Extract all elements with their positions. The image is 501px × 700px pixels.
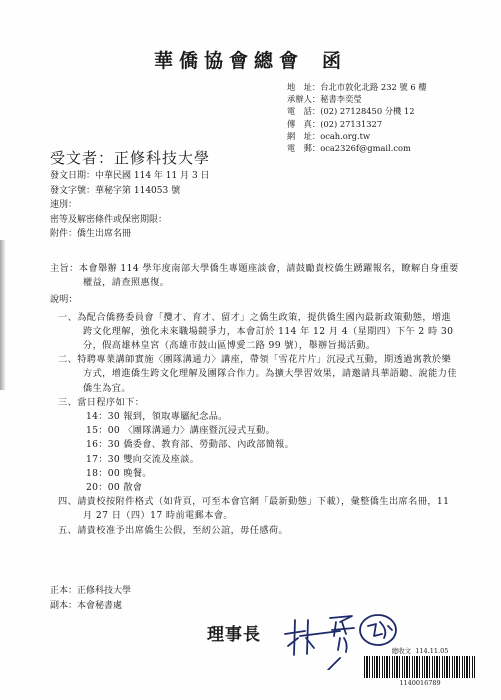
contact-label: 地 址：	[287, 82, 320, 92]
schedule-event: 〈團隊溝通力〉講座暨沉浸式互動。	[123, 425, 275, 436]
item-text: 當日程序如下：	[77, 397, 144, 408]
contact-address: 地 址：台北市敦化北路 232 號 6 樓	[287, 81, 427, 93]
contact-value: ocah.org.tw	[320, 131, 370, 141]
contact-value: oca2326f@gmail.com	[320, 143, 411, 153]
schedule-row: 15：00 〈團隊溝通力〉講座暨沉浸式互動。	[50, 424, 460, 438]
schedule-event: 報到，領取專屬紀念品。	[123, 411, 227, 422]
schedule-time: 15：00	[86, 425, 120, 436]
contact-label: 傳 真：	[287, 119, 320, 129]
schedule-time: 20：00	[86, 482, 120, 493]
contact-label: 電 郵：	[287, 143, 320, 153]
distribution-value: 本會秘書處	[77, 601, 122, 611]
meta-label: 速別：	[50, 200, 77, 210]
subject-label: 主旨：	[50, 263, 79, 274]
meta-label: 發文字號：	[50, 186, 95, 196]
item-number: 一、	[58, 312, 77, 323]
distribution-list: 正本：正修科技大學 副本：本會秘書處	[50, 584, 131, 613]
schedule-row: 17：30 雙向交流及座談。	[50, 453, 460, 467]
schedule-event: 晚餐。	[123, 468, 151, 479]
document-meta: 發文日期：中華民國 114 年 11 月 3 日 發文字號：華秘字第 11405…	[50, 169, 210, 242]
schedule-event: 雙向交流及座談。	[123, 454, 199, 465]
distribution-label: 副本：	[50, 601, 77, 611]
contact-block: 地 址：台北市敦化北路 232 號 6 樓 承辦人：秘書李奕瑩 電 話：(02)…	[287, 81, 427, 154]
subject-paragraph: 主旨：本會舉辦 114 學年度南部大學僑生專題座談會，請鼓勵貴校僑生踴躍報名，瞭…	[50, 262, 460, 290]
meta-value: 中華民國 114 年 11 月 3 日	[95, 171, 210, 181]
contact-value: 台北市敦化北路 232 號 6 樓	[320, 82, 426, 92]
explanation-item-2: 二、特聘專業講師實施〈團隊溝通力〉講座，帶領「雪花片片」沉浸式互動，期透過寓教於…	[50, 353, 460, 396]
signatory-title: 理事長	[207, 620, 261, 645]
recipient-label: 受文者：	[50, 149, 114, 167]
distribution-label: 正本：	[50, 586, 77, 596]
scan-edge-shadow	[0, 240, 6, 390]
item-text: 請貴校按附件格式（如背頁，可至本會官網「最新動態」下載），彙整僑生出席名冊，11…	[77, 496, 449, 521]
schedule-event: 散會	[123, 482, 142, 493]
contact-phone: 電 話：(02) 27128450 分機 12	[287, 105, 427, 117]
schedule-event: 僑委會、教育部、勞動部、內政部簡報。	[123, 439, 294, 450]
meta-classification: 密等及解密條件或保密期限：	[50, 213, 210, 228]
item-number: 三、	[58, 397, 77, 408]
receipt-date: 114.11.05	[415, 647, 448, 655]
organization-name: 華僑協會總會	[154, 50, 304, 72]
explanation-label: 說明：	[50, 293, 460, 307]
contact-fax: 傳 真：(02) 27131327	[287, 118, 427, 130]
meta-label: 附件：	[50, 229, 77, 239]
contact-value: (02) 27128450 分機 12	[320, 106, 414, 116]
schedule-time: 17：30	[86, 454, 120, 465]
receipt-stamp: 總收文 114.11.05 1140016789	[364, 646, 476, 687]
contact-label: 網 址：	[287, 131, 320, 141]
schedule-row: 16：30 僑委會、教育部、勞動部、內政部簡報。	[50, 438, 460, 452]
item-number: 五、	[58, 525, 77, 536]
distribution-value: 正修科技大學	[77, 586, 131, 596]
official-letter-page: 華僑協會總會函 地 址：台北市敦化北路 232 號 6 樓 承辦人：秘書李奕瑩 …	[0, 0, 501, 700]
schedule-row: 14：30 報到，領取專屬紀念品。	[50, 410, 460, 424]
schedule-time: 18：00	[86, 468, 120, 479]
item-number: 二、	[58, 354, 77, 365]
contact-website: 網 址：ocah.org.tw	[287, 130, 427, 142]
subject-text: 本會舉辦 114 學年度南部大學僑生專題座談會，請鼓勵貴校僑生踴躍報名，瞭解自身…	[79, 263, 459, 288]
distribution-original: 正本：正修科技大學	[50, 584, 131, 599]
meta-value: 華秘字第 114053 號	[95, 186, 180, 196]
receipt-stamp-header: 總收文 114.11.05	[364, 646, 476, 655]
item-text: 請貴校准予出席僑生公假，至紉公誼，毋任感荷。	[77, 525, 288, 536]
meta-attachment: 附件：僑生出席名冊	[50, 227, 210, 242]
recipient-value: 正修科技大學	[114, 149, 210, 167]
item-text: 為配合僑務委員會「攬才、育才、留才」之僑生政策，提供僑生國內最新政策動態，增進跨…	[77, 312, 453, 351]
contact-label: 承辦人：	[287, 94, 320, 104]
schedule-row: 18：00 晚餐。	[50, 467, 460, 481]
document-kind: 函	[322, 50, 347, 72]
contact-value: 秘書李奕瑩	[320, 94, 362, 104]
meta-doc-number: 發文字號：華秘字第 114053 號	[50, 184, 210, 199]
item-number: 四、	[58, 496, 77, 507]
contact-handler: 承辦人：秘書李奕瑩	[287, 93, 427, 105]
recipient: 受文者：正修科技大學	[50, 147, 210, 168]
letter-title: 華僑協會總會函	[0, 46, 501, 73]
receipt-label: 總收文	[392, 647, 412, 655]
meta-issue-date: 發文日期：中華民國 114 年 11 月 3 日	[50, 169, 210, 184]
schedule-time: 16：30	[86, 439, 120, 450]
meta-label: 密等及解密條件或保密期限：	[50, 215, 167, 225]
barcode-number: 1140016789	[364, 679, 476, 687]
schedule-time: 14：30	[86, 411, 120, 422]
contact-email: 電 郵：oca2326f@gmail.com	[287, 142, 427, 154]
schedule-row: 20：00 散會	[50, 481, 460, 495]
barcode-icon	[364, 656, 476, 678]
item-text: 特聘專業講師實施〈團隊溝通力〉講座，帶領「雪花片片」沉浸式互動，期透過寓教於樂方…	[77, 354, 457, 393]
letter-body: 主旨：本會舉辦 114 學年度南部大學僑生專題座談會，請鼓勵貴校僑生踴躍報名，瞭…	[50, 262, 460, 538]
meta-value: 僑生出席名冊	[77, 229, 131, 239]
explanation-item-5: 五、請貴校准予出席僑生公假，至紉公誼，毋任感荷。	[50, 524, 460, 538]
contact-value: (02) 27131327	[320, 119, 382, 129]
explanation-item-4: 四、請貴校按附件格式（如背頁，可至本會官網「最新動態」下載），彙整僑生出席名冊，…	[50, 495, 460, 523]
meta-label: 發文日期：	[50, 171, 95, 181]
explanation-item-3: 三、當日程序如下：	[50, 396, 460, 410]
explanation-item-1: 一、為配合僑務委員會「攬才、育才、留才」之僑生政策，提供僑生國內最新政策動態，增…	[50, 311, 460, 354]
contact-label: 電 話：	[287, 106, 320, 116]
meta-speed: 速別：	[50, 198, 210, 213]
distribution-copy: 副本：本會秘書處	[50, 599, 131, 614]
